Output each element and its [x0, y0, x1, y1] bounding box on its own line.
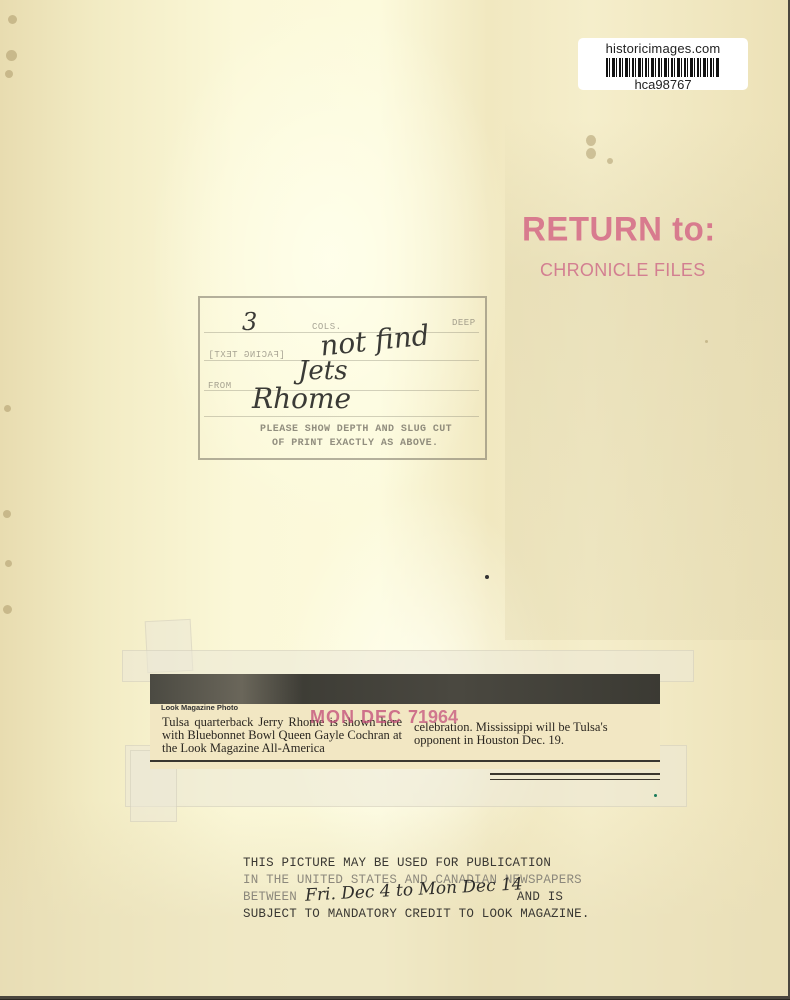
- stain-spot: [6, 50, 17, 61]
- date-stamp: MON DEC 7: [310, 707, 419, 728]
- year-stamp: 1964: [418, 707, 458, 728]
- stain-spot: [8, 15, 17, 24]
- stain-spot: [5, 70, 13, 78]
- clipping-rule: [490, 773, 660, 775]
- barcode-label: historicimages.com hca98767: [578, 38, 748, 90]
- slip-field-from: FROM: [208, 381, 232, 391]
- slip-rule: [204, 416, 479, 417]
- return-to-stamp: RETURN to:: [522, 209, 716, 249]
- notice-line-4: SUBJECT TO MANDATORY CREDIT TO LOOK MAGA…: [243, 906, 590, 923]
- stain-spot: [485, 575, 489, 579]
- slip-footer-line1: PLEASE SHOW DEPTH AND SLUG CUT: [260, 424, 452, 435]
- library-slip-stamp: COLS. DEEP [FACING TEXT] FROM PLEASE SHO…: [198, 296, 487, 460]
- handwritten-number: 3: [242, 308, 257, 336]
- stain-spot: [4, 405, 11, 412]
- barcode-icon: [606, 58, 720, 77]
- stain-spot: [705, 340, 708, 343]
- clipping-rule: [490, 779, 660, 780]
- notice-line-1: THIS PICTURE MAY BE USED FOR PUBLICATION: [243, 855, 590, 872]
- barcode-id-text: hca98767: [578, 77, 748, 92]
- stain-spot: [5, 560, 12, 567]
- handwritten-name: Rhome: [252, 382, 351, 415]
- photo-back-paper: historicimages.com hca98767 RETURN to: C…: [0, 0, 790, 999]
- stain-spot: [654, 794, 657, 797]
- stain-spot: [586, 148, 596, 159]
- stain-spot: [586, 135, 596, 146]
- chronicle-files-stamp: CHRONICLE FILES: [540, 260, 706, 281]
- barcode-site-text: historicimages.com: [578, 41, 748, 56]
- paper-shading: [505, 120, 788, 640]
- stain-spot: [3, 605, 12, 614]
- stain-spot: [607, 158, 613, 164]
- clipping-photo-strip: [150, 674, 660, 704]
- slip-field-deep: DEEP: [452, 318, 476, 328]
- slip-footer-line2: OF PRINT EXACTLY AS ABOVE.: [272, 438, 438, 449]
- clipping-photo-credit: Look Magazine Photo: [161, 703, 238, 712]
- slip-field-left: [FACING TEXT]: [208, 350, 285, 360]
- notice-between: BETWEEN: [243, 890, 297, 904]
- stain-spot: [3, 510, 11, 518]
- notice-and-is: AND IS: [517, 890, 563, 904]
- clipping-rule: [150, 760, 660, 762]
